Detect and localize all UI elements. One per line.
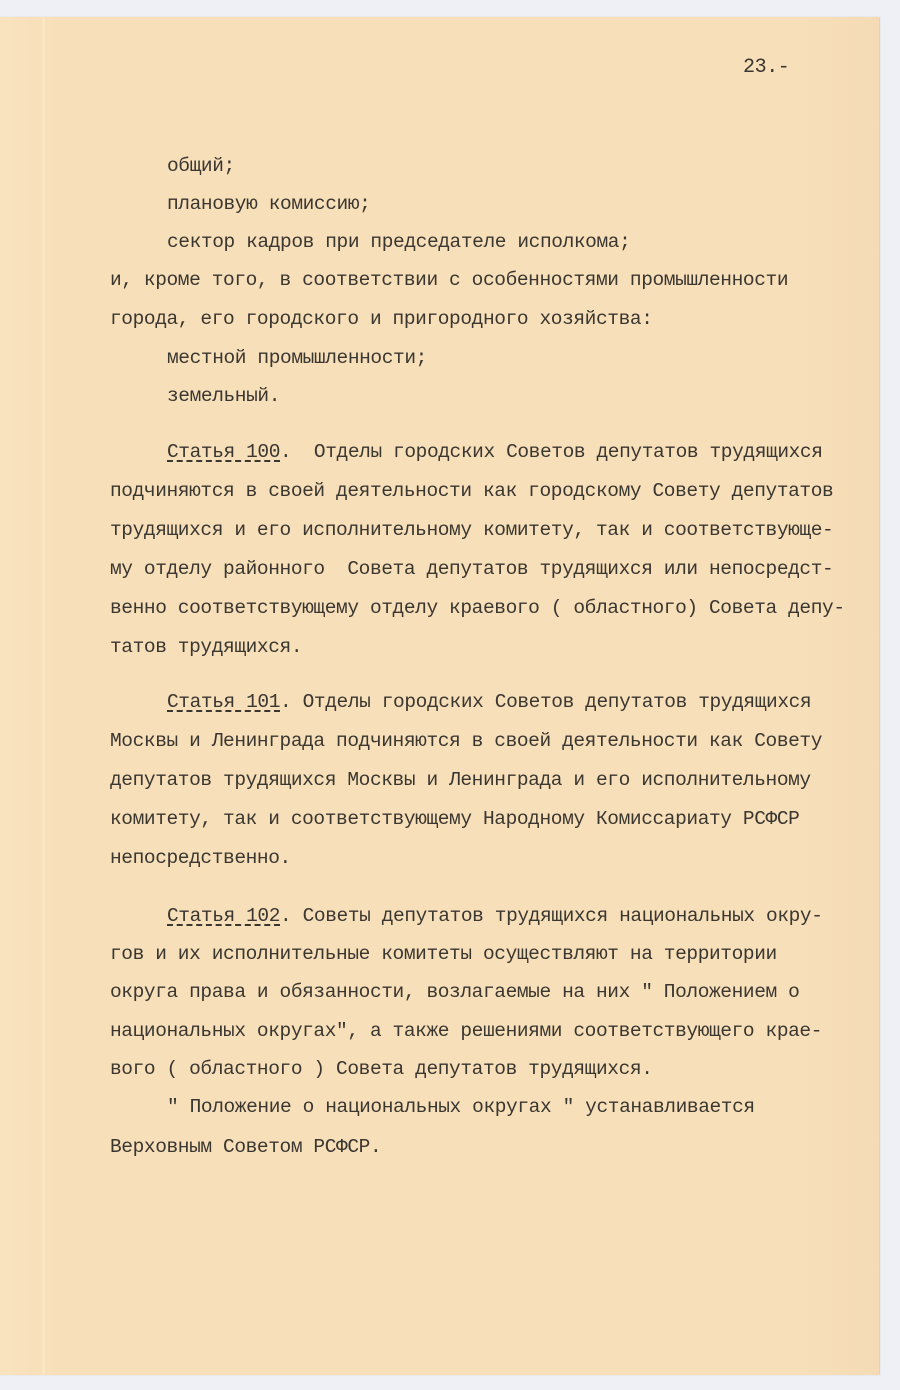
article-heading: Статья 100 [167, 441, 280, 463]
article-text: . Отделы городских Советов депутатов тру… [280, 441, 823, 463]
list-item: местной промышленности; [167, 349, 427, 369]
paragraph-line: татов трудящихся. [110, 638, 302, 658]
article-text: . Советы депутатов трудящихся национальн… [280, 905, 823, 927]
list-item: сектор кадров при председателе исполкома… [167, 233, 630, 253]
paragraph-line: непосредственно. [110, 849, 291, 869]
article-heading: Статья 102 [167, 905, 280, 927]
paragraph-line: и, кроме того, в соответствии с особенно… [110, 271, 788, 291]
paragraph-line: гов и их исполнительные комитеты осущест… [110, 945, 777, 965]
article-text: . Отделы городских Советов депутатов тру… [280, 691, 811, 713]
list-item: общий; [167, 157, 235, 177]
list-item: земельный. [167, 387, 280, 407]
paragraph-line: национальных округах", а также решениями… [110, 1022, 822, 1042]
article-102-first-line: Статья 102. Советы депутатов трудящихся … [167, 907, 823, 927]
article-101-first-line: Статья 101. Отделы городских Советов деп… [167, 693, 811, 713]
article-100-first-line: Статья 100. Отделы городских Советов деп… [167, 443, 823, 463]
paragraph-line: Верховным Советом РСФСР. [110, 1138, 381, 1158]
paragraph-line: венно соответствующему отделу краевого (… [110, 599, 845, 619]
page-number: 23.- [743, 58, 789, 78]
paragraph-line: Москвы и Ленинграда подчиняются в своей … [110, 732, 822, 752]
paragraph-line: комитету, так и соответствующему Народно… [110, 810, 799, 830]
list-item: плановую комиссию; [167, 195, 370, 215]
paragraph-line: города, его городского и пригородного хо… [110, 310, 653, 330]
paragraph-line: " Положение о национальных округах " уст… [167, 1098, 755, 1118]
paragraph-line: вого ( областного ) Совета депутатов тру… [110, 1060, 653, 1080]
paragraph-line: му отделу районного Совета депутатов тру… [110, 560, 833, 580]
article-heading: Статья 101 [167, 691, 280, 713]
paragraph-line: трудящихся и его исполнительному комитет… [110, 521, 833, 541]
paragraph-line: депутатов трудящихся Москвы и Ленинграда… [110, 771, 811, 791]
paper-fold [42, 17, 45, 1375]
paragraph-line: подчиняются в своей деятельности как гор… [110, 482, 833, 502]
paragraph-line: округа права и обязанности, возлагаемые … [110, 983, 799, 1003]
